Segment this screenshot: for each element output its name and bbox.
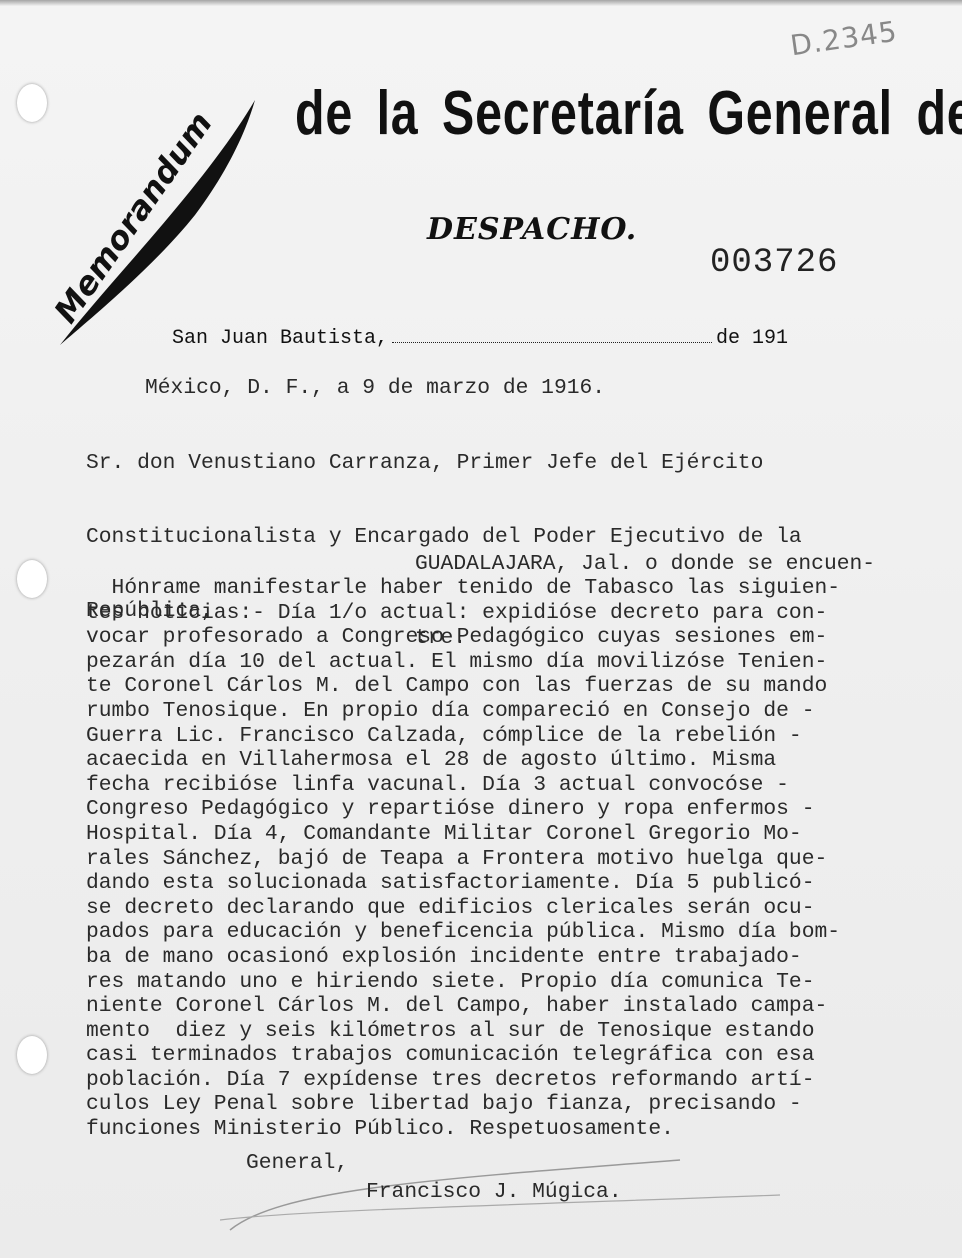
archive-reference: D.2345 [788, 15, 899, 63]
document-number: 003726 [710, 244, 838, 282]
scanned-memorandum-page: D.2345 Memorandum de la Secretaría Gener… [0, 0, 962, 1258]
letter-body: Hónrame manifestarle haber tenido de Tab… [86, 576, 840, 1142]
body-line: Congreso Pedagógico y repartióse dinero … [86, 797, 840, 822]
punch-hole [17, 1036, 47, 1074]
body-line: mento diez y seis kilómetros al sur de T… [86, 1019, 840, 1044]
place-date-line: San Juan Bautista,de 191 [172, 327, 788, 350]
place-prefix: San Juan Bautista, [172, 327, 388, 350]
body-line: te Coronel Cárlos M. del Campo con las f… [86, 674, 840, 699]
body-line: fecha recibióse linfa vacunal. Día 3 act… [86, 773, 840, 798]
body-line: Hónrame manifestarle haber tenido de Tab… [86, 576, 840, 601]
body-line: pados para educación y beneficencia públ… [86, 920, 840, 945]
body-line: pezarán día 10 del actual. El mismo día … [86, 650, 840, 675]
date-blank-line [392, 328, 712, 343]
destination-line: GUADALAJARA, Jal. o donde se encuen- [415, 552, 875, 577]
body-line: vocar profesorado a Congreso Pedagógico … [86, 625, 840, 650]
body-line: tes noticias:- Día 1/o actual: expidióse… [86, 601, 840, 626]
body-line: Guerra Lic. Francisco Calzada, cómplice … [86, 724, 840, 749]
letter-date: México, D. F., a 9 de marzo de 1916. [145, 376, 605, 401]
body-line: funciones Ministerio Público. Respetuosa… [86, 1117, 840, 1142]
addressee-line: Sr. don Venustiano Carranza, Primer Jefe… [86, 451, 802, 476]
body-line: población. Día 7 expídense tres decretos… [86, 1068, 840, 1093]
body-line: se decreto declarando que edificios cler… [86, 896, 840, 921]
letterhead-title: de la Secretaría General del [295, 78, 962, 149]
body-line: casi terminados trabajos comunicación te… [86, 1043, 840, 1068]
body-line: culos Ley Penal sobre libertad bajo fian… [86, 1092, 840, 1117]
punch-hole [17, 84, 47, 122]
body-line: rales Sánchez, bajó de Teapa a Frontera … [86, 847, 840, 872]
body-line: res matando uno e hiriendo siete. Propio… [86, 970, 840, 995]
letterhead-subtitle: DESPACHO. [427, 212, 637, 247]
body-line: rumbo Tenosique. En propio día compareci… [86, 699, 840, 724]
punch-hole [17, 560, 47, 598]
body-line: niente Coronel Cárlos M. del Campo, habe… [86, 994, 840, 1019]
place-suffix: de 191 [716, 327, 788, 350]
body-line: acaecida en Villahermosa el 28 de agosto… [86, 748, 840, 773]
signature-name: Francisco J. Múgica. [366, 1180, 622, 1205]
body-line: dando esta solucionada satisfactoriament… [86, 871, 840, 896]
body-line: Hospital. Día 4, Comandante Militar Coro… [86, 822, 840, 847]
page-top-edge [0, 0, 962, 6]
body-line: ba de mano ocasionó explosión incidente … [86, 945, 840, 970]
